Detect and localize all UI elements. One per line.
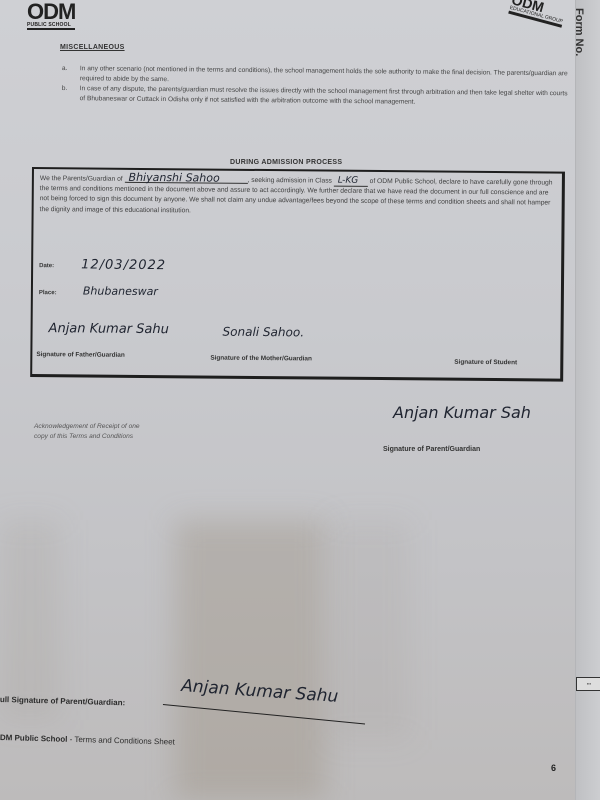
miscellaneous-list: a. In any other scenario (not mentioned … <box>62 64 572 109</box>
footer-sheet: - Terms and Conditions Sheet <box>67 735 175 747</box>
school-logo-left: ODM PUBLIC SCHOOL <box>27 2 75 30</box>
footer-school: DM Public School <box>0 733 68 744</box>
school-logo-right: ODM EDUCATIONAL GROUP <box>508 0 566 28</box>
place-label: Place: <box>39 290 57 296</box>
photo-shadow <box>0 520 60 720</box>
edge-stamp: ▪▪▪ <box>576 677 600 691</box>
miscellaneous-heading: MISCELLANEOUS <box>60 44 125 51</box>
date-label: Date: <box>39 263 54 269</box>
place-field[interactable]: Bhubaneswar <box>83 284 158 298</box>
acknowledgement-line: Acknowledgement of Receipt of one <box>34 422 140 432</box>
admission-section-title: DURING ADMISSION PROCESS <box>230 159 342 166</box>
list-text: In case of any dispute, the parents/guar… <box>80 84 572 109</box>
father-signature-label: Signature of Father/Guardian <box>36 351 124 359</box>
class-field[interactable]: L-KG <box>334 177 368 187</box>
photo-shadow <box>330 520 410 740</box>
admission-declaration-box: We the Parents/Guardian of Bhiyanshi Sah… <box>30 167 565 382</box>
full-signature-label: ull Signature of Parent/Guardian: <box>0 695 125 707</box>
declaration-text: We the Parents/Guardian of Bhiyanshi Sah… <box>40 172 555 219</box>
date-field[interactable]: 12/03/2022 <box>81 257 166 273</box>
mother-signature[interactable]: Sonali Sahoo. <box>223 325 305 340</box>
form-number-label: Form No. <box>573 8 585 56</box>
acknowledgement-signature[interactable]: Anjan Kumar Sah <box>393 403 531 422</box>
list-item: b. In case of any dispute, the parents/g… <box>62 84 572 109</box>
father-signature[interactable]: Anjan Kumar Sahu <box>49 321 169 337</box>
acknowledgement-signature-label: Signature of Parent/Guardian <box>383 446 480 453</box>
mother-signature-label: Signature of the Mother/Guardian <box>210 355 312 363</box>
list-marker: b. <box>62 84 80 104</box>
student-signature-label: Signature of Student <box>454 359 517 367</box>
acknowledgement-line: copy of this Terms and Conditions <box>34 432 140 442</box>
photo-shadow <box>175 520 325 800</box>
acknowledgement-text: Acknowledgement of Receipt of one copy o… <box>34 422 140 442</box>
page-number: 6 <box>551 763 556 773</box>
full-signature[interactable]: Anjan Kumar Sahu <box>181 676 339 707</box>
declaration-part: We the Parents/Guardian of <box>40 175 123 183</box>
list-marker: a. <box>62 64 80 84</box>
declaration-part: , seeking admission in Class <box>248 177 332 185</box>
logo-subtitle: PUBLIC SCHOOL <box>27 22 75 30</box>
full-signature-line <box>163 704 365 724</box>
logo-name: ODM <box>27 2 75 22</box>
page-footer: DM Public School - Terms and Conditions … <box>0 733 175 747</box>
student-name-field[interactable]: Bhiyanshi Sahoo <box>125 173 248 184</box>
